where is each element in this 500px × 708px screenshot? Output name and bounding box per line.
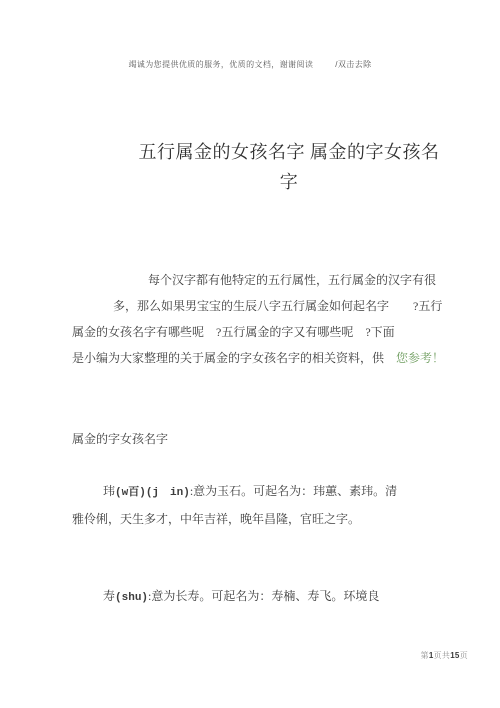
entry-shou-line1: 寿(shu):意为长寿。可起名为：寿楠、寿飞。环境良 <box>72 583 454 611</box>
intro-line-4-main: 是小编为大家整理的关于属金的字女孩名字的相关资料，供 <box>72 351 396 365</box>
intro-line-3: 属金的女孩名字有哪些呢 ?五行属金的字又有哪些呢 ?下面 <box>72 319 454 345</box>
intro-line-2: 多，那么如果男宝宝的生辰八字五行属金如何起名字 ?五行 <box>72 293 454 319</box>
entry-wei-meaning: :意为玉石。可起名为：玮蕙、素玮。清 <box>190 484 397 498</box>
section-heading: 属金的字女孩名字 <box>72 430 168 447</box>
document-page: 竭诚为您提供优质的服务，优质的文档，谢谢阅读 /双击去除 五行属金的女孩名字 属… <box>0 0 500 708</box>
page-footer: 第1页共15页 <box>421 650 468 661</box>
intro-line-4: 是小编为大家整理的关于属金的字女孩名字的相关资料，供 您参考！ <box>72 345 454 371</box>
intro-line-4-highlight: 您参考！ <box>396 351 444 365</box>
page-title: 五行属金的女孩名字 属金的字女孩名 字 <box>128 137 450 197</box>
footer-suffix: 页 <box>460 651 468 660</box>
entry-wei-line1: 玮(w百)(j in):意为玉石。可起名为：玮蕙、素玮。清 <box>72 478 454 506</box>
entry-wei-character: 玮 <box>103 484 115 498</box>
header-service-note: 竭诚为您提供优质的服务，优质的文档，谢谢阅读 <box>128 59 313 70</box>
entry-shou-character: 寿 <box>103 589 115 603</box>
header-remove-hint: /双击去除 <box>335 59 371 70</box>
entry-shou-meaning: :意为长寿。可起名为：寿楠、寿飞。环境良 <box>148 589 379 603</box>
entry-wei-line2: 雅伶俐，天生多才，中年吉祥，晚年昌隆，官旺之字。 <box>72 506 454 532</box>
page-title-line1: 五行属金的女孩名字 属金的字女孩名 <box>128 137 450 167</box>
name-entry-wei: 玮(w百)(j in):意为玉石。可起名为：玮蕙、素玮。清 雅伶俐，天生多才，中… <box>72 478 454 532</box>
intro-paragraph: 每个汉字都有他特定的五行属性，五行属金的汉字有很 多，那么如果男宝宝的生辰八字五… <box>72 267 454 371</box>
entry-shou-pinyin: (shu) <box>115 592 148 604</box>
entry-wei-pinyin: (w百)(j in) <box>115 487 190 499</box>
footer-total-pages: 15 <box>450 651 460 660</box>
document-header: 竭诚为您提供优质的服务，优质的文档，谢谢阅读 /双击去除 <box>0 59 500 70</box>
intro-line-1: 每个汉字都有他特定的五行属性，五行属金的汉字有很 <box>72 267 454 293</box>
page-title-line2: 字 <box>128 167 450 197</box>
footer-of: 页共 <box>434 651 451 660</box>
name-entry-shou: 寿(shu):意为长寿。可起名为：寿楠、寿飞。环境良 <box>72 583 454 611</box>
footer-prefix: 第 <box>421 651 429 660</box>
